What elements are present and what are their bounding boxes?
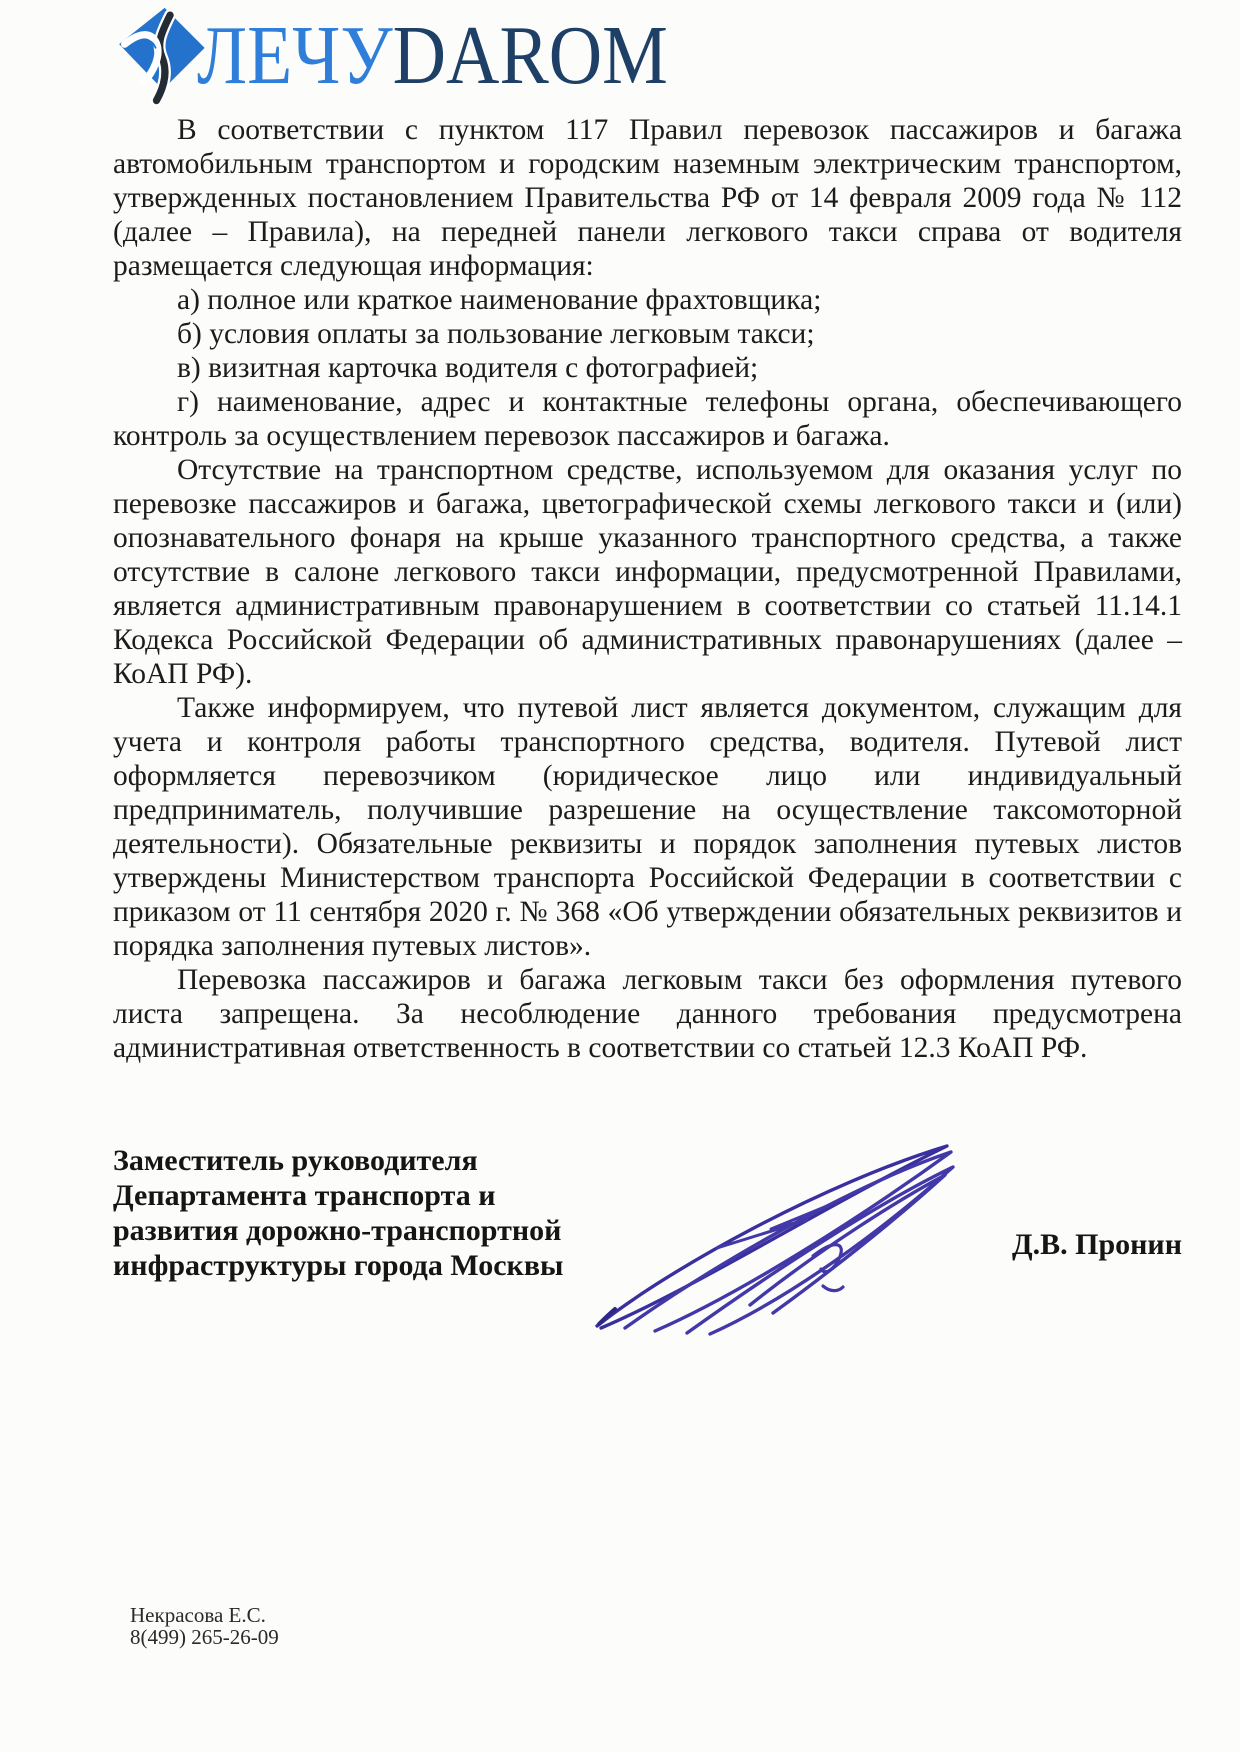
executor-name: Некрасова Е.С.: [130, 1604, 279, 1626]
signoff-title-line-4: инфраструктуры города Москвы: [113, 1248, 633, 1283]
list-item-b: б) условия оплаты за пользование легковы…: [113, 317, 1182, 351]
letter-page: ЛЕЧУDAROM В соответствии с пунктом 117 П…: [0, 0, 1240, 1752]
executor-phone: 8(499) 265-26-09: [130, 1626, 279, 1648]
signoff-title-line-2: Департамента транспорта и: [113, 1178, 633, 1213]
paragraph-waybill: Также информируем, что путевой лист явля…: [113, 691, 1182, 963]
logo: ЛЕЧУDAROM: [113, 8, 732, 104]
signatory-name: Д.В. Пронин: [1012, 1228, 1182, 1262]
signoff-title-line-3: развития дорожно-транспортной: [113, 1213, 633, 1248]
logo-text-lechu: ЛЕЧУ: [197, 9, 393, 102]
list-item-v: в) визитная карточка водителя с фотограф…: [113, 351, 1182, 385]
footer: Некрасова Е.С. 8(499) 265-26-09: [130, 1604, 279, 1648]
paragraph-absence: Отсутствие на транспортном средстве, исп…: [113, 453, 1182, 691]
signature-ink: [575, 1128, 965, 1343]
list-item-a: а) полное или краткое наименование фрахт…: [113, 283, 1182, 317]
road-swoosh-icon: [113, 6, 209, 106]
logo-text: ЛЕЧУDAROM: [197, 8, 668, 104]
list-item-g: г) наименование, адрес и контактные теле…: [113, 385, 1182, 453]
paragraph-intro: В соответствии с пунктом 117 Правил пере…: [113, 113, 1182, 283]
paragraph-prohibition: Перевозка пассажиров и багажа легковым т…: [113, 963, 1182, 1065]
letter-body: В соответствии с пунктом 117 Правил пере…: [113, 113, 1182, 1065]
logo-text-darom: DAROM: [393, 9, 668, 102]
signoff-title-line-1: Заместитель руководителя: [113, 1143, 633, 1178]
signoff-title: Заместитель руководителя Департамента тр…: [113, 1143, 633, 1283]
